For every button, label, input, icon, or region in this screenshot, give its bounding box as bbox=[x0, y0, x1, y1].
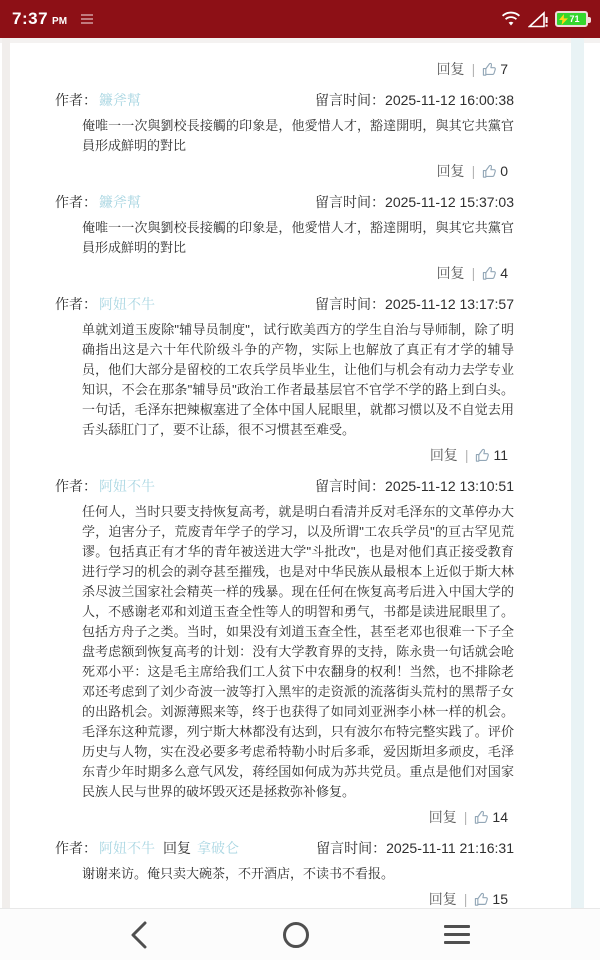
comment-body: 俺唯一一次與劉校長接觸的印象是，他愛惜人才，豁達開明，與其它共黨官員形成鮮明的對… bbox=[0, 116, 600, 156]
thumbs-up-icon bbox=[475, 448, 490, 463]
like-count: 15 bbox=[492, 891, 508, 907]
separator: | bbox=[464, 809, 468, 825]
timestamp: 留言时间：2025-11-12 15:37:03 bbox=[315, 192, 514, 212]
status-bar: 7:37 PM 71 bbox=[0, 0, 600, 38]
comment: 作者： 阿妞不牛 留言时间：2025-11-12 13:17:57 单就刘道玉废… bbox=[0, 294, 600, 464]
thumbs-up-icon bbox=[482, 62, 497, 77]
reply-button[interactable]: 回复 bbox=[437, 263, 465, 283]
separator: | bbox=[465, 447, 469, 463]
wifi-icon bbox=[501, 11, 521, 27]
like-button[interactable]: 11 bbox=[475, 447, 508, 463]
navigation-bar bbox=[0, 908, 600, 960]
thumbs-up-icon bbox=[474, 810, 489, 825]
signal-alert-icon bbox=[528, 11, 548, 28]
separator: | bbox=[472, 61, 476, 77]
reply-button[interactable]: 回复 bbox=[437, 161, 465, 181]
clock: 7:37 bbox=[12, 9, 48, 29]
timestamp: 留言时间：2025-11-12 16:00:38 bbox=[315, 90, 514, 110]
timestamp: 留言时间：2025-11-12 13:10:51 bbox=[315, 476, 514, 496]
separator: | bbox=[472, 265, 476, 281]
comment-body: 俺唯一一次與劉校長接觸的印象是，他愛惜人才，豁達開明，與其它共黨官員形成鮮明的對… bbox=[0, 218, 600, 258]
charging-bolt-icon bbox=[559, 14, 568, 25]
reply-to-author-link[interactable]: 拿破仑 bbox=[197, 838, 239, 858]
like-count: 14 bbox=[492, 809, 508, 825]
like-count: 11 bbox=[493, 447, 508, 463]
author-link[interactable]: 鐮斧幫 bbox=[99, 90, 141, 110]
comment: 作者： 阿妞不牛 留言时间：2025-11-12 13:10:51 任何人，当时… bbox=[0, 476, 600, 826]
author-link[interactable]: 鐮斧幫 bbox=[99, 192, 141, 212]
battery-percent: 71 bbox=[569, 14, 579, 24]
home-button[interactable] bbox=[283, 922, 309, 948]
comment-list: 回复 | 7 作者： 鐮斧幫 留言时间：2025-11-12 16:00:38 … bbox=[0, 38, 600, 908]
clock-meridiem: PM bbox=[52, 16, 67, 27]
author-link[interactable]: 阿妞不牛 bbox=[99, 476, 155, 496]
timestamp: 留言时间：2025-11-12 13:17:57 bbox=[315, 294, 514, 314]
author-label: 作者： bbox=[55, 838, 97, 858]
like-count: 7 bbox=[500, 61, 508, 77]
reply-to-label: 回复 bbox=[163, 838, 191, 858]
thumbs-up-icon bbox=[482, 266, 497, 281]
comment: 作者： 鐮斧幫 留言时间：2025-11-12 16:00:38 俺唯一一次與劉… bbox=[0, 90, 600, 180]
thumbs-up-icon bbox=[474, 892, 489, 907]
author-link[interactable]: 阿妞不牛 bbox=[99, 838, 155, 858]
like-count: 0 bbox=[500, 163, 508, 179]
like-button[interactable]: 0 bbox=[482, 163, 508, 179]
like-button[interactable]: 15 bbox=[474, 891, 508, 907]
comments-page: 回复 | 7 作者： 鐮斧幫 留言时间：2025-11-12 16:00:38 … bbox=[0, 38, 600, 908]
like-button[interactable]: 4 bbox=[482, 265, 508, 281]
comment-partial: 回复 | 7 bbox=[0, 60, 600, 78]
reply-button[interactable]: 回复 bbox=[429, 807, 457, 827]
thumbs-up-icon bbox=[482, 164, 497, 179]
reply-button[interactable]: 回复 bbox=[429, 889, 457, 908]
author-label: 作者： bbox=[55, 192, 97, 212]
comment-body: 单就刘道玉废除"辅导员制度"，试行欧美西方的学生自治与导师制，除了明确指出这是六… bbox=[0, 320, 600, 440]
separator: | bbox=[472, 163, 476, 179]
like-count: 4 bbox=[500, 265, 508, 281]
reply-button[interactable]: 回复 bbox=[430, 445, 458, 465]
comment: 作者： 阿妞不牛 回复 拿破仑 留言时间：2025-11-11 21:16:31… bbox=[0, 838, 600, 908]
notification-lines-icon bbox=[81, 14, 93, 24]
author-label: 作者： bbox=[55, 294, 97, 314]
battery-icon: 71 bbox=[555, 11, 588, 27]
comment-body: 任何人，当时只要支持恢复高考，就是明白看清并反对毛泽东的文革停办大学，迫害分子，… bbox=[0, 502, 600, 802]
like-button[interactable]: 14 bbox=[474, 809, 508, 825]
author-label: 作者： bbox=[55, 90, 97, 110]
comment-body: 谢谢来访。俺只卖大碗茶，不开酒店，不读书不看报。 bbox=[0, 864, 600, 884]
like-button[interactable]: 7 bbox=[482, 61, 508, 77]
comment: 作者： 鐮斧幫 留言时间：2025-11-12 15:37:03 俺唯一一次與劉… bbox=[0, 192, 600, 282]
author-label: 作者： bbox=[55, 476, 97, 496]
separator: | bbox=[464, 891, 468, 907]
back-button[interactable] bbox=[130, 921, 148, 949]
recents-menu-button[interactable] bbox=[444, 925, 470, 944]
author-link[interactable]: 阿妞不牛 bbox=[99, 294, 155, 314]
timestamp: 留言时间：2025-11-11 21:16:31 bbox=[316, 838, 514, 858]
reply-button[interactable]: 回复 bbox=[437, 59, 465, 79]
